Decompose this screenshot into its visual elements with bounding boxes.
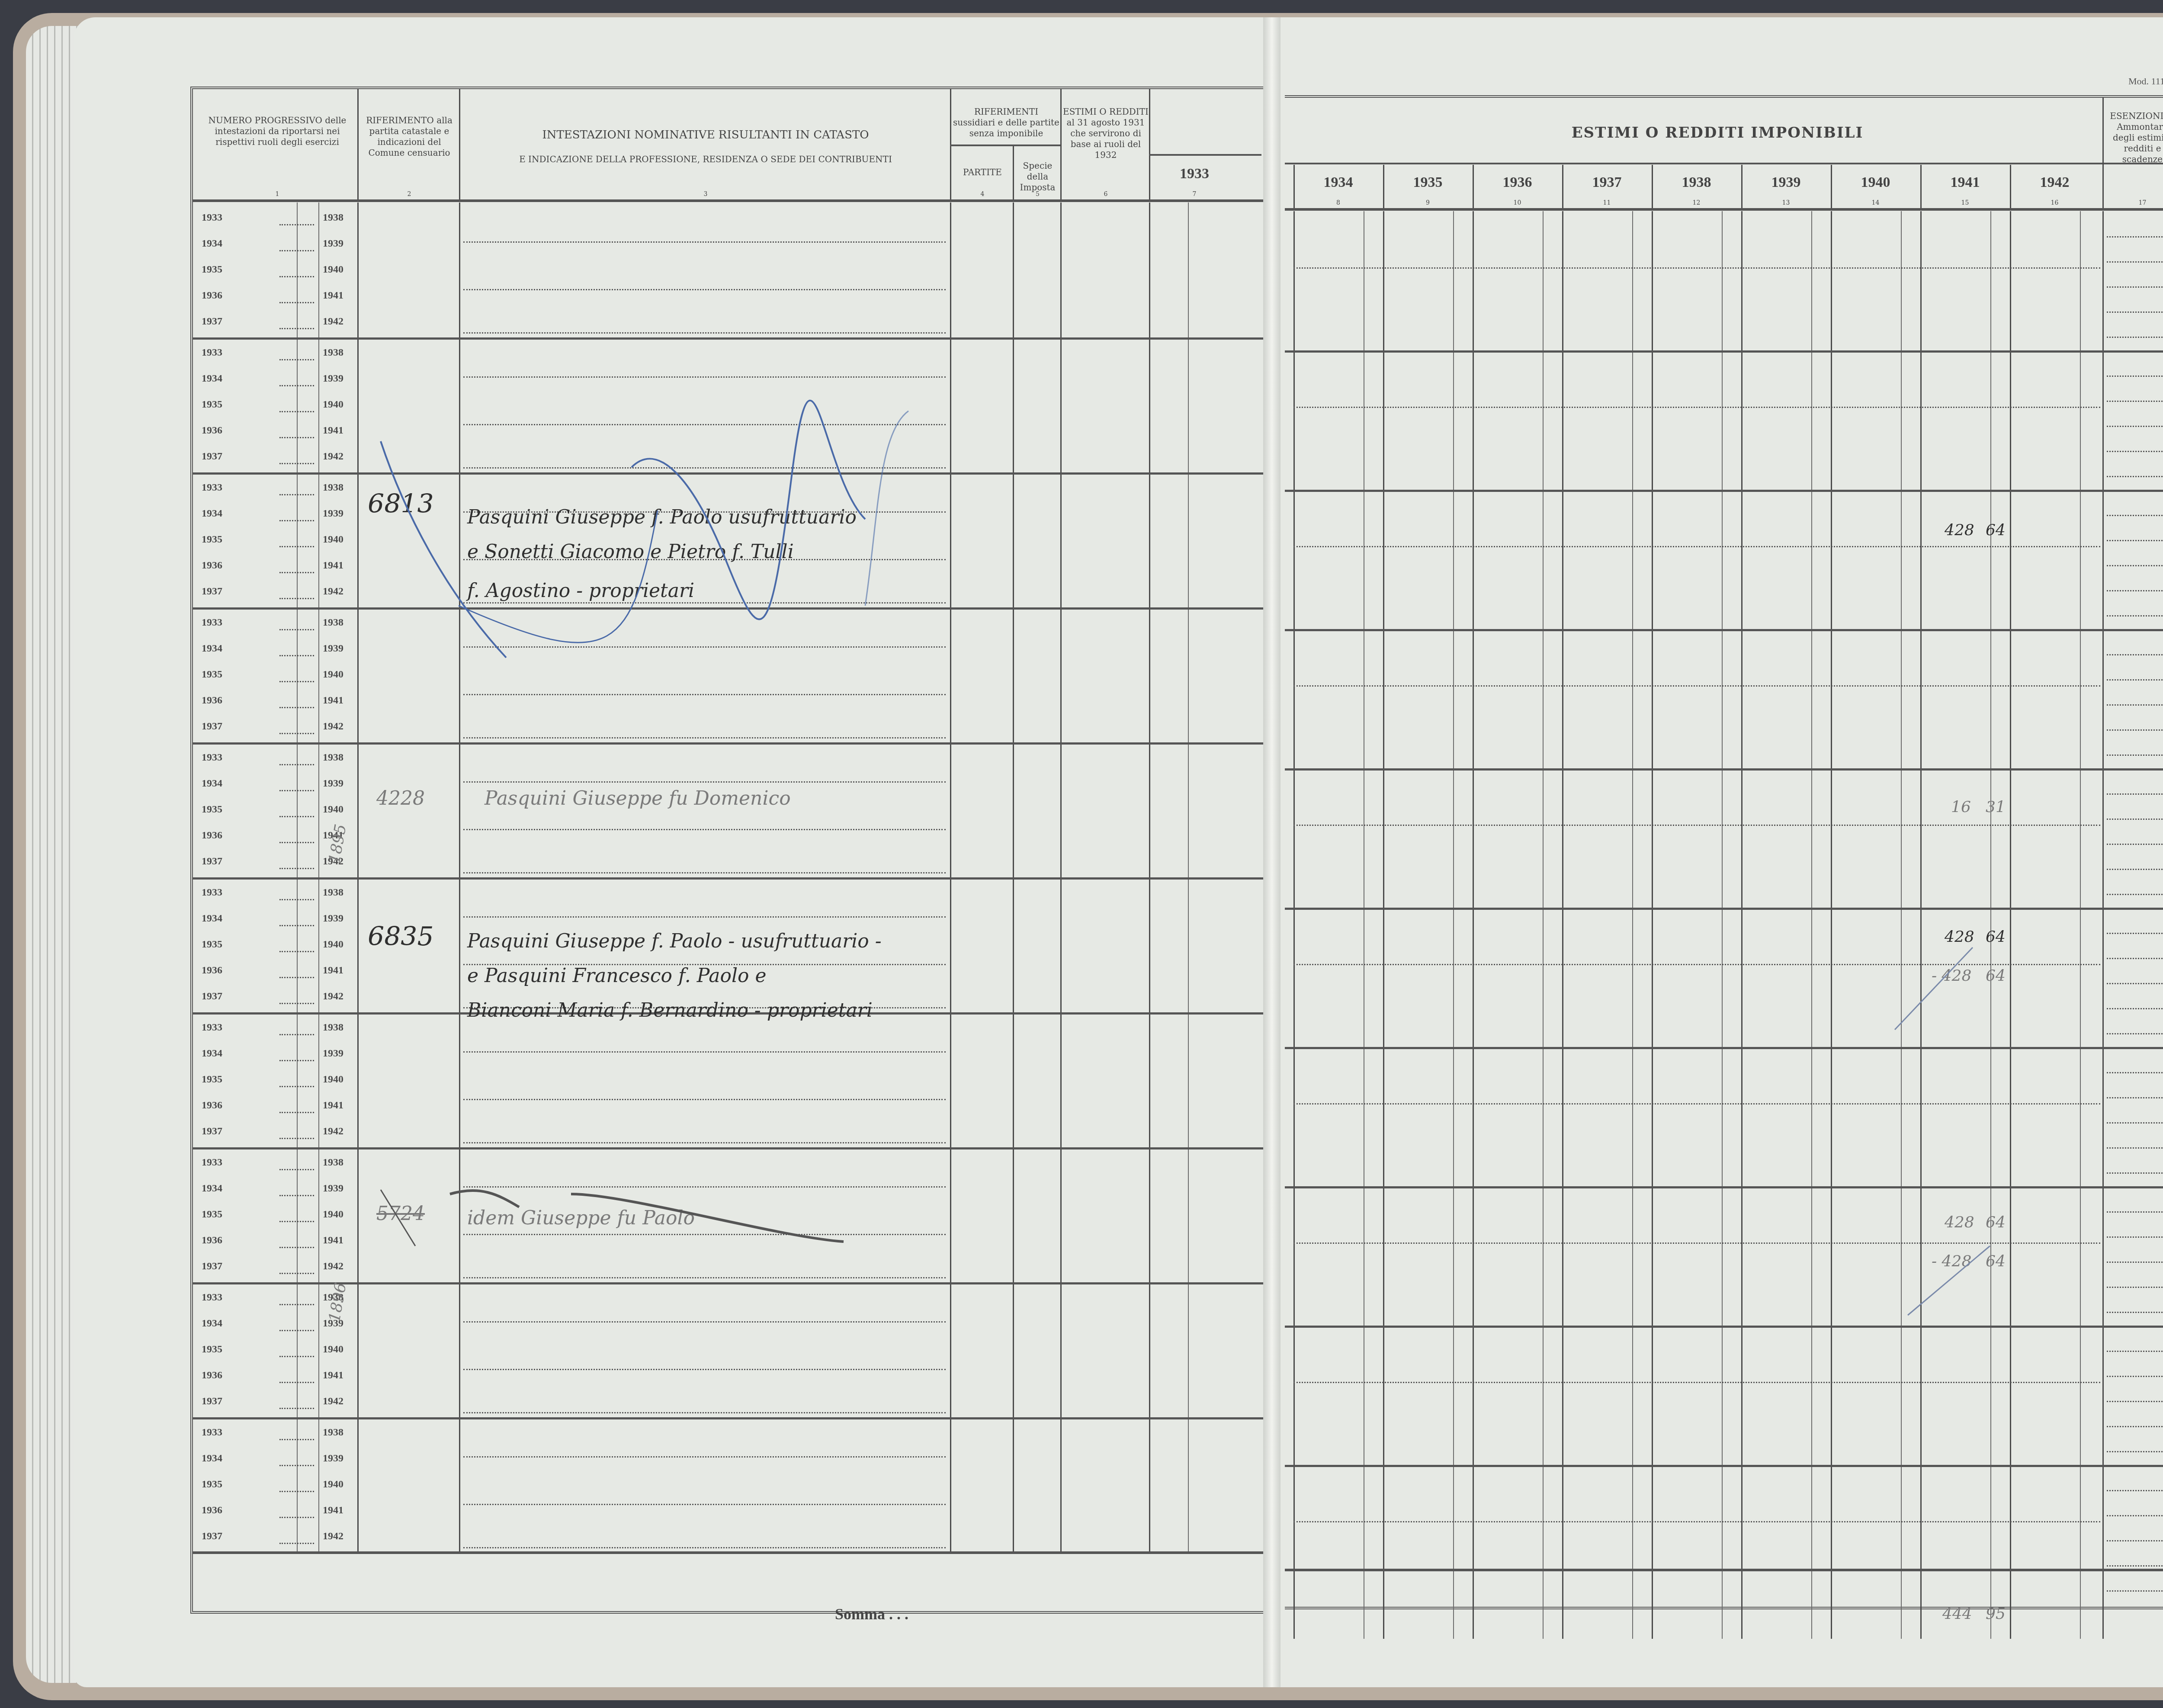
year-label: 1937: [202, 856, 222, 867]
group-rule: [193, 1282, 1263, 1284]
year-label: 1936: [202, 695, 222, 706]
column-divider: [1188, 202, 1189, 1551]
left-ledger-table: NUMERO PROGRESSIVO delle intestazioni da…: [190, 87, 1263, 1614]
dot-leader: [279, 1138, 314, 1139]
esenzioni-line: [2107, 1008, 2163, 1009]
dot-leader: [279, 224, 314, 225]
header-col-4-num: 4: [952, 191, 1013, 199]
header-estimi-imponibili: ESTIMI O REDDITI IMPONIBILI: [1371, 124, 2064, 142]
dot-leader: [279, 868, 314, 869]
dot-leader: [279, 1517, 314, 1518]
somma-rule: [193, 1551, 1263, 1554]
writing-line: [463, 1412, 946, 1413]
writing-line: [463, 1186, 946, 1188]
year-label: 1938: [323, 752, 343, 764]
year-label: 1934: [202, 1183, 222, 1194]
year-label: 1935: [202, 1344, 222, 1355]
header-year-1940: 1940: [1831, 173, 1920, 192]
writing-line: [463, 872, 946, 873]
group-rule: [1285, 1326, 2163, 1328]
esenzioni-line: [2107, 793, 2163, 795]
dot-leader: [279, 1543, 314, 1544]
dot-leader: [279, 1247, 314, 1248]
somma-rule: [1285, 1569, 2163, 1571]
cent-divider: [1453, 211, 1454, 1639]
year-label: 1940: [323, 1074, 343, 1085]
column-divider: [2102, 211, 2104, 1639]
year-label: 1934: [202, 1048, 222, 1059]
year-label: 1941: [323, 1370, 343, 1381]
entry-partita-6835: 6835: [368, 921, 434, 952]
group-rule: [193, 877, 1263, 880]
estimo-1941-cent: 64: [1986, 928, 2006, 946]
year-label: 1936: [202, 290, 222, 302]
dot-leader: [279, 1330, 314, 1331]
dot-leader: [279, 437, 314, 438]
header-col-num: 10: [1473, 199, 1562, 207]
entry-line: e Pasquini Francesco f. Paolo e: [467, 965, 767, 987]
dot-leader: [279, 1439, 314, 1440]
dot-leader: [279, 764, 314, 765]
column-divider: [1293, 211, 1295, 1639]
header-col-num: 11: [1562, 199, 1652, 207]
estimo-1941-deduction-lire: - 428: [1932, 1252, 1971, 1270]
writing-line: [463, 332, 946, 334]
year-label: 1937: [202, 1126, 222, 1137]
header-col-2-num: 2: [359, 191, 459, 199]
year-label: 1934: [202, 643, 222, 655]
group-rule: [193, 742, 1263, 745]
group-rule: [1285, 490, 2163, 492]
year-label: 1938: [323, 1022, 343, 1034]
year-label: 1933: [202, 212, 222, 224]
esenzioni-line: [2107, 540, 2163, 541]
year-label: 1939: [323, 778, 343, 790]
header-specie-imposta: Specie della Imposta: [1015, 161, 1060, 193]
group-rule: [1285, 629, 2163, 631]
header-intestazioni: INTESTAZIONI NOMINATIVE RISULTANTI IN CA…: [461, 128, 950, 142]
dot-leader: [279, 276, 314, 277]
year-label: 1940: [323, 534, 343, 546]
year-label: 1937: [202, 991, 222, 1002]
cent-divider: [1364, 211, 1364, 1639]
divider: [459, 89, 460, 199]
esenzioni-line: [2107, 1490, 2163, 1491]
year-label: 1940: [323, 804, 343, 815]
writing-line: [463, 916, 946, 918]
year-label: 1937: [202, 316, 222, 327]
year-label: 1938: [323, 617, 343, 629]
year-label: 1936: [202, 830, 222, 841]
right-ledger-table: ESTIMI O REDDITI IMPONIBILI 193481935919…: [1285, 95, 2163, 1609]
esenzioni-line: [2107, 1590, 2163, 1592]
divider: [1149, 154, 1261, 156]
writing-line: [463, 1504, 946, 1505]
esenzioni-line: [2107, 704, 2163, 706]
writing-line: [1293, 1382, 2100, 1383]
writing-line: [463, 1234, 946, 1235]
header-col-6-num: 6: [1062, 191, 1149, 199]
header-year-1936: 1936: [1473, 173, 1562, 192]
header-rule: [193, 199, 1263, 202]
esenzioni-line: [2107, 401, 2163, 402]
column-divider: [1562, 211, 1563, 1639]
year-label: 1939: [323, 1048, 343, 1059]
esenzioni-line: [2107, 1540, 2163, 1541]
year-label: 1940: [323, 669, 343, 681]
dot-leader: [279, 1382, 314, 1383]
esenzioni-line: [2107, 1262, 2163, 1263]
esenzioni-line: [2107, 565, 2163, 566]
dot-leader: [279, 1195, 314, 1196]
entry-line: Bianconi Maria f. Bernardino - proprieta…: [467, 999, 873, 1021]
column-divider: [1920, 211, 1922, 1639]
dot-leader: [279, 328, 314, 329]
year-label: 1935: [202, 534, 222, 546]
esenzioni-line: [2107, 1401, 2163, 1402]
year-label: 1937: [202, 586, 222, 597]
column-divider: [2010, 211, 2011, 1639]
year-label: 1940: [323, 1479, 343, 1490]
column-divider: [1149, 202, 1150, 1551]
year-label: 1941: [323, 560, 343, 571]
writing-line: [1293, 1103, 2100, 1104]
dot-leader: [279, 1003, 314, 1004]
esenzioni-line: [2107, 236, 2163, 238]
header-1933: 1933: [1151, 165, 1238, 183]
dot-leader: [279, 1060, 314, 1061]
dot-leader: [279, 842, 314, 843]
dot-leader: [279, 707, 314, 708]
dot-leader: [279, 899, 314, 900]
column-divider: [297, 202, 298, 1551]
year-label: 1933: [202, 1427, 222, 1438]
year-label: 1942: [323, 1261, 343, 1272]
dot-leader: [279, 790, 314, 791]
writing-line: [463, 1142, 946, 1143]
dot-leader: [279, 1112, 314, 1113]
year-label: 1936: [202, 425, 222, 437]
header-col-17-num: 17: [2105, 199, 2163, 207]
writing-line: [463, 1099, 946, 1100]
cent-divider: [2080, 211, 2081, 1639]
year-label: 1939: [323, 1453, 343, 1464]
year-label: 1936: [202, 965, 222, 976]
column-divider: [1383, 211, 1384, 1639]
year-label: 1938: [323, 1157, 343, 1169]
esenzioni-line: [2107, 1565, 2163, 1567]
writing-line: [463, 602, 946, 604]
year-label: 1940: [323, 1344, 343, 1355]
writing-line: [1293, 267, 2100, 269]
dot-leader: [279, 1304, 314, 1305]
esenzioni-line: [2107, 311, 2163, 313]
dot-leader: [279, 733, 314, 734]
dot-leader: [279, 302, 314, 303]
year-label: 1942: [323, 451, 343, 462]
esenzioni-line: [2107, 844, 2163, 845]
writing-line: [463, 1369, 946, 1370]
entry-partita-4228: 4228: [376, 787, 425, 809]
year-label: 1937: [202, 1261, 222, 1272]
header-col-num: 12: [1652, 199, 1741, 207]
dot-leader: [279, 359, 314, 360]
cent-divider: [1990, 211, 1991, 1639]
writing-line: [463, 467, 946, 469]
dot-leader: [279, 546, 314, 547]
dot-leader: [279, 1221, 314, 1222]
estimo-1941-cent: 64: [1986, 1214, 2006, 1231]
column-divider: [1831, 211, 1832, 1639]
year-label: 1939: [323, 643, 343, 655]
header-rule: [1285, 208, 2163, 211]
year-label: 1933: [202, 1022, 222, 1034]
group-rule: [193, 472, 1263, 475]
year-label: 1933: [202, 1157, 222, 1169]
dot-leader: [279, 1034, 314, 1035]
year-label: 1933: [202, 617, 222, 629]
esenzioni-line: [2107, 615, 2163, 616]
entry-line: Pasquini Giuseppe f. Paolo - usufruttuar…: [467, 930, 882, 952]
writing-line: [463, 781, 946, 783]
year-label: 1937: [202, 1396, 222, 1407]
year-label: 1941: [323, 425, 343, 437]
writing-line: [463, 694, 946, 695]
esenzioni-line: [2107, 337, 2163, 338]
estimo-1941-lire: 428: [1945, 1214, 1974, 1231]
year-label: 1942: [323, 991, 343, 1002]
dot-leader: [279, 681, 314, 682]
entry-partita-6813: 6813: [368, 489, 434, 519]
esenzioni-line: [2107, 1312, 2163, 1313]
divider: [950, 144, 1060, 146]
group-rule: [1285, 1186, 2163, 1188]
entry-line: Pasquini Giuseppe fu Domenico: [485, 787, 791, 809]
column-divider: [1652, 211, 1653, 1639]
writing-line: [1293, 407, 2100, 408]
esenzioni-line: [2107, 376, 2163, 377]
year-label: 1937: [202, 721, 222, 732]
dot-leader: [279, 520, 314, 521]
esenzioni-line: [2107, 1172, 2163, 1174]
esenzioni-line: [2107, 819, 2163, 820]
dot-leader: [279, 655, 314, 656]
year-label: 1942: [323, 586, 343, 597]
year-label: 1935: [202, 264, 222, 276]
year-label: 1939: [323, 508, 343, 520]
year-label: 1934: [202, 373, 222, 385]
year-label: 1941: [323, 1235, 343, 1246]
entry-line: Pasquini Giuseppe f. Paolo usufruttuario: [467, 506, 857, 528]
dot-leader: [279, 951, 314, 952]
header-col-num: 16: [2010, 199, 2099, 207]
cent-divider: [1543, 211, 1544, 1639]
group-rule: [1285, 908, 2163, 910]
dot-leader: [279, 977, 314, 978]
somma-label: Somma . . .: [835, 1605, 908, 1623]
estimo-1941-deduction-cent: 64: [1986, 1252, 2006, 1270]
year-label: 1940: [323, 399, 343, 411]
year-label: 1934: [202, 508, 222, 520]
year-label: 1933: [202, 1292, 222, 1303]
writing-line: [463, 424, 946, 425]
year-label: 1933: [202, 887, 222, 899]
header-intestazioni-sub: E INDICAZIONE DELLA PROFESSIONE, RESIDEN…: [461, 154, 950, 165]
cent-divider: [1722, 211, 1723, 1639]
year-label: 1936: [202, 1235, 222, 1246]
group-rule: [193, 607, 1263, 610]
year-label: 1941: [323, 290, 343, 302]
year-label: 1941: [323, 965, 343, 976]
dot-leader: [279, 1169, 314, 1170]
group-rule: [193, 1417, 1263, 1419]
dot-leader: [279, 629, 314, 630]
esenzioni-line: [2107, 933, 2163, 934]
year-label: 1934: [202, 238, 222, 250]
year-label: 1934: [202, 1453, 222, 1464]
year-label: 1938: [323, 212, 343, 224]
dot-leader: [279, 816, 314, 817]
year-label: 1941: [323, 1100, 343, 1111]
esenzioni-line: [2107, 476, 2163, 477]
header-col-7-num: 7: [1151, 191, 1238, 199]
year-label: 1934: [202, 913, 222, 925]
cent-divider: [1632, 211, 1633, 1639]
writing-line: [463, 1321, 946, 1323]
year-label: 1937: [202, 1531, 222, 1542]
esenzioni-line: [2107, 1451, 2163, 1452]
year-label: 1935: [202, 804, 222, 815]
entry-line: idem Giuseppe fu Paolo: [467, 1207, 695, 1229]
writing-line: [1293, 546, 2100, 547]
divider: [357, 89, 359, 199]
header-col-num: 15: [1920, 199, 2010, 207]
esenzioni-line: [2107, 1072, 2163, 1073]
esenzioni-line: [2107, 1351, 2163, 1352]
year-label: 1934: [202, 1318, 222, 1329]
writing-line: [1293, 964, 2100, 965]
entry-line: e Sonetti Giacomo e Pietro f. Tulli: [467, 541, 794, 563]
year-label: 1940: [323, 1209, 343, 1220]
header-estimi-1931: ESTIMI O REDDITI al 31 agosto 1931 che s…: [1062, 106, 1149, 161]
column-divider: [357, 202, 359, 1551]
esenzioni-line: [2107, 983, 2163, 984]
writing-line: [1293, 1521, 2100, 1522]
esenzioni-line: [2107, 654, 2163, 655]
year-label: 1933: [202, 752, 222, 764]
header-year-1938: 1938: [1652, 173, 1741, 192]
dot-leader: [279, 1273, 314, 1274]
estimo-1941-cent: 64: [1986, 521, 2006, 539]
dot-leader: [279, 598, 314, 599]
esenzioni-line: [2107, 590, 2163, 591]
esenzioni-line: [2107, 958, 2163, 959]
dot-leader: [279, 572, 314, 573]
year-label: 1938: [323, 347, 343, 359]
esenzioni-line: [2107, 894, 2163, 895]
header-year-1942: 1942: [2010, 173, 2099, 192]
writing-line: [463, 376, 946, 378]
esenzioni-line: [2107, 679, 2163, 681]
esenzioni-line: [2107, 869, 2163, 870]
esenzioni-line: [2107, 1515, 2163, 1516]
year-label: 1942: [323, 1126, 343, 1137]
year-label: 1935: [202, 939, 222, 950]
esenzioni-line: [2107, 1287, 2163, 1288]
dot-leader: [279, 385, 314, 386]
year-label: 1936: [202, 1505, 222, 1516]
writing-line: [1293, 685, 2100, 687]
year-label: 1933: [202, 482, 222, 494]
header-col-num: 8: [1293, 199, 1383, 207]
header-col-5-num: 5: [1015, 191, 1060, 199]
year-label: 1936: [202, 1100, 222, 1111]
esenzioni-line: [2107, 426, 2163, 427]
book-gutter: [1263, 17, 1280, 1687]
header-partite: PARTITE: [952, 167, 1013, 178]
esenzioni-line: [2107, 261, 2163, 263]
year-label: 1934: [202, 778, 222, 790]
esenzioni-line: [2107, 515, 2163, 516]
esenzioni-line: [2107, 1426, 2163, 1427]
estimo-1941-lire: 428: [1945, 928, 1974, 946]
group-rule: [193, 337, 1263, 340]
esenzioni-line: [2107, 729, 2163, 731]
group-rule: [193, 1147, 1263, 1149]
writing-line: [1293, 825, 2100, 826]
header-year-1935: 1935: [1383, 173, 1473, 192]
year-label: 1940: [323, 264, 343, 276]
header-year-1934: 1934: [1293, 173, 1383, 192]
column-divider: [318, 202, 319, 1551]
header-riferimento: RIFERIMENTO alla partita catastale e ind…: [359, 115, 459, 158]
header-esenzioni: ESENZIONI — Ammontare degli estimi o red…: [2105, 111, 2163, 165]
esenzioni-line: [2107, 1122, 2163, 1124]
cent-divider: [1811, 211, 1812, 1639]
divider: [1013, 145, 1014, 199]
year-label: 1941: [323, 695, 343, 706]
form-code: Mod. 111 - Imposte Dirette (Intercalare)…: [2128, 76, 2163, 87]
dot-leader: [279, 494, 314, 495]
writing-line: [1293, 1242, 2100, 1244]
dot-leader: [279, 463, 314, 464]
divider: [1285, 163, 2163, 164]
group-rule: [1285, 768, 2163, 771]
year-label: 1942: [323, 721, 343, 732]
esenzioni-line: [2107, 286, 2163, 288]
writing-line: [463, 1547, 946, 1548]
header-col-num: 13: [1741, 199, 1831, 207]
dot-leader: [279, 925, 314, 926]
year-label: 1936: [202, 560, 222, 571]
writing-line: [463, 829, 946, 830]
dot-leader: [279, 1491, 314, 1492]
writing-line: [463, 646, 946, 648]
esenzioni-line: [2107, 1211, 2163, 1213]
divider: [1149, 89, 1150, 199]
dot-leader: [279, 411, 314, 412]
somma-1941-cent: 95: [1986, 1605, 2006, 1623]
dot-leader: [279, 1408, 314, 1409]
dot-leader: [279, 1465, 314, 1466]
column-divider: [1013, 202, 1014, 1551]
year-label: 1935: [202, 669, 222, 681]
year-label: 1939: [323, 373, 343, 385]
column-divider: [1741, 211, 1743, 1639]
esenzioni-line: [2107, 1147, 2163, 1149]
group-rule: [1285, 1047, 2163, 1049]
cent-divider: [1901, 211, 1902, 1639]
